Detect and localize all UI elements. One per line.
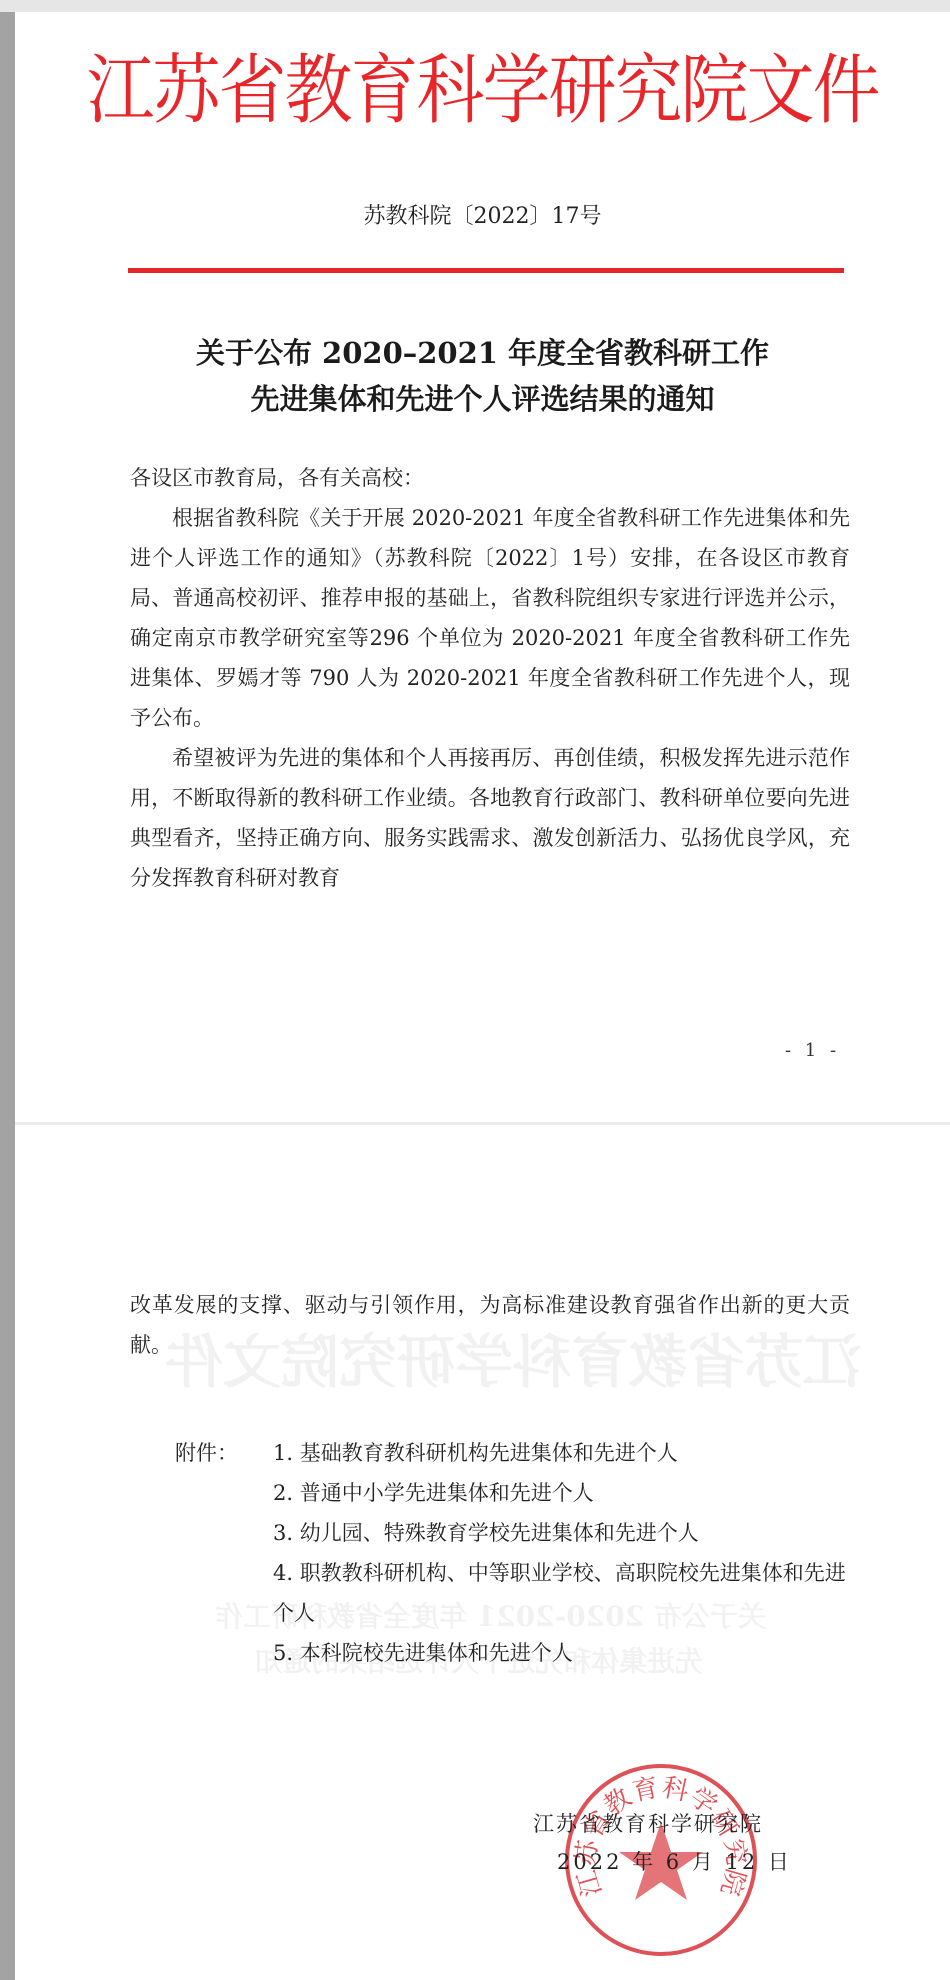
document-page-2: 江苏省教育科学研究院文件 关于公布 2020-2021 年度全省教科研工作 先进… [15, 1125, 950, 1980]
attachment-item-3: 3. 幼儿园、特殊教育学校先进集体和先进个人 [273, 1513, 855, 1553]
notice-title-line-2: 先进集体和先进个人评选结果的通知 [15, 376, 950, 422]
signature-date: 2022 年 6 月 12 日 [533, 1843, 792, 1881]
notice-body: 各设区市教育局，各有关高校： 根据省教科院《关于开展 2020-2021 年度全… [130, 458, 850, 898]
attachments-label: 附件： [175, 1433, 273, 1473]
attachment-item: 5. 本科院校先进集体和先进个人 [175, 1633, 855, 1673]
top-bar [0, 0, 950, 12]
attachment-item: 附件： 1. 基础教育教科研机构先进集体和先进个人 [175, 1433, 855, 1473]
body-paragraph-2-part-1: 希望被评为先进的集体和个人再接再厉、再创佳绩，积极发挥先进示范作用，不断取得新的… [130, 738, 850, 898]
body-paragraph-1: 根据省教科院《关于开展 2020-2021 年度全省教科研工作先进集体和先进个人… [130, 498, 850, 738]
attachment-item-5: 5. 本科院校先进集体和先进个人 [273, 1633, 855, 1673]
red-separator-rule [128, 268, 844, 273]
attachments-list: 附件： 1. 基础教育教科研机构先进集体和先进个人 2. 普通中小学先进集体和先… [175, 1433, 855, 1673]
document-number: 苏教科院〔2022〕17号 [15, 202, 950, 232]
salutation: 各设区市教育局，各有关高校： [130, 458, 850, 498]
attachment-item-1: 1. 基础教育教科研机构先进集体和先进个人 [273, 1433, 855, 1473]
document-page-1: 江苏省教育科学研究院文件 苏教科院〔2022〕17号 关于公布 2020–202… [15, 12, 950, 1122]
left-margin-strip [0, 12, 15, 1980]
page-number: - 1 - [785, 1040, 840, 1061]
body-paragraph-2-part-2: 改革发展的支撑、驱动与引领作用，为高标准建设教育强省作出新的更大贡献。 [130, 1285, 850, 1365]
notice-body-continued: 改革发展的支撑、驱动与引领作用，为高标准建设教育强省作出新的更大贡献。 [130, 1285, 850, 1365]
signature-block: 江苏省教育科学研究院 2022 年 6 月 12 日 [533, 1805, 792, 1881]
notice-title-line-1: 关于公布 2020–2021 年度全省教科研工作 [15, 330, 950, 376]
attachment-item: 2. 普通中小学先进集体和先进个人 [175, 1473, 855, 1513]
attachment-item: 4. 职教教科研机构、中等职业学校、高职院校先进集体和先进个人 [175, 1553, 855, 1633]
signature-organization: 江苏省教育科学研究院 [533, 1805, 792, 1843]
document-masthead: 江苏省教育科学研究院文件 [15, 47, 950, 137]
attachment-item-2: 2. 普通中小学先进集体和先进个人 [273, 1473, 855, 1513]
attachment-item-4: 4. 职教教科研机构、中等职业学校、高职院校先进集体和先进个人 [273, 1553, 855, 1633]
notice-title: 关于公布 2020–2021 年度全省教科研工作 先进集体和先进个人评选结果的通… [15, 330, 950, 422]
attachment-item: 3. 幼儿园、特殊教育学校先进集体和先进个人 [175, 1513, 855, 1553]
